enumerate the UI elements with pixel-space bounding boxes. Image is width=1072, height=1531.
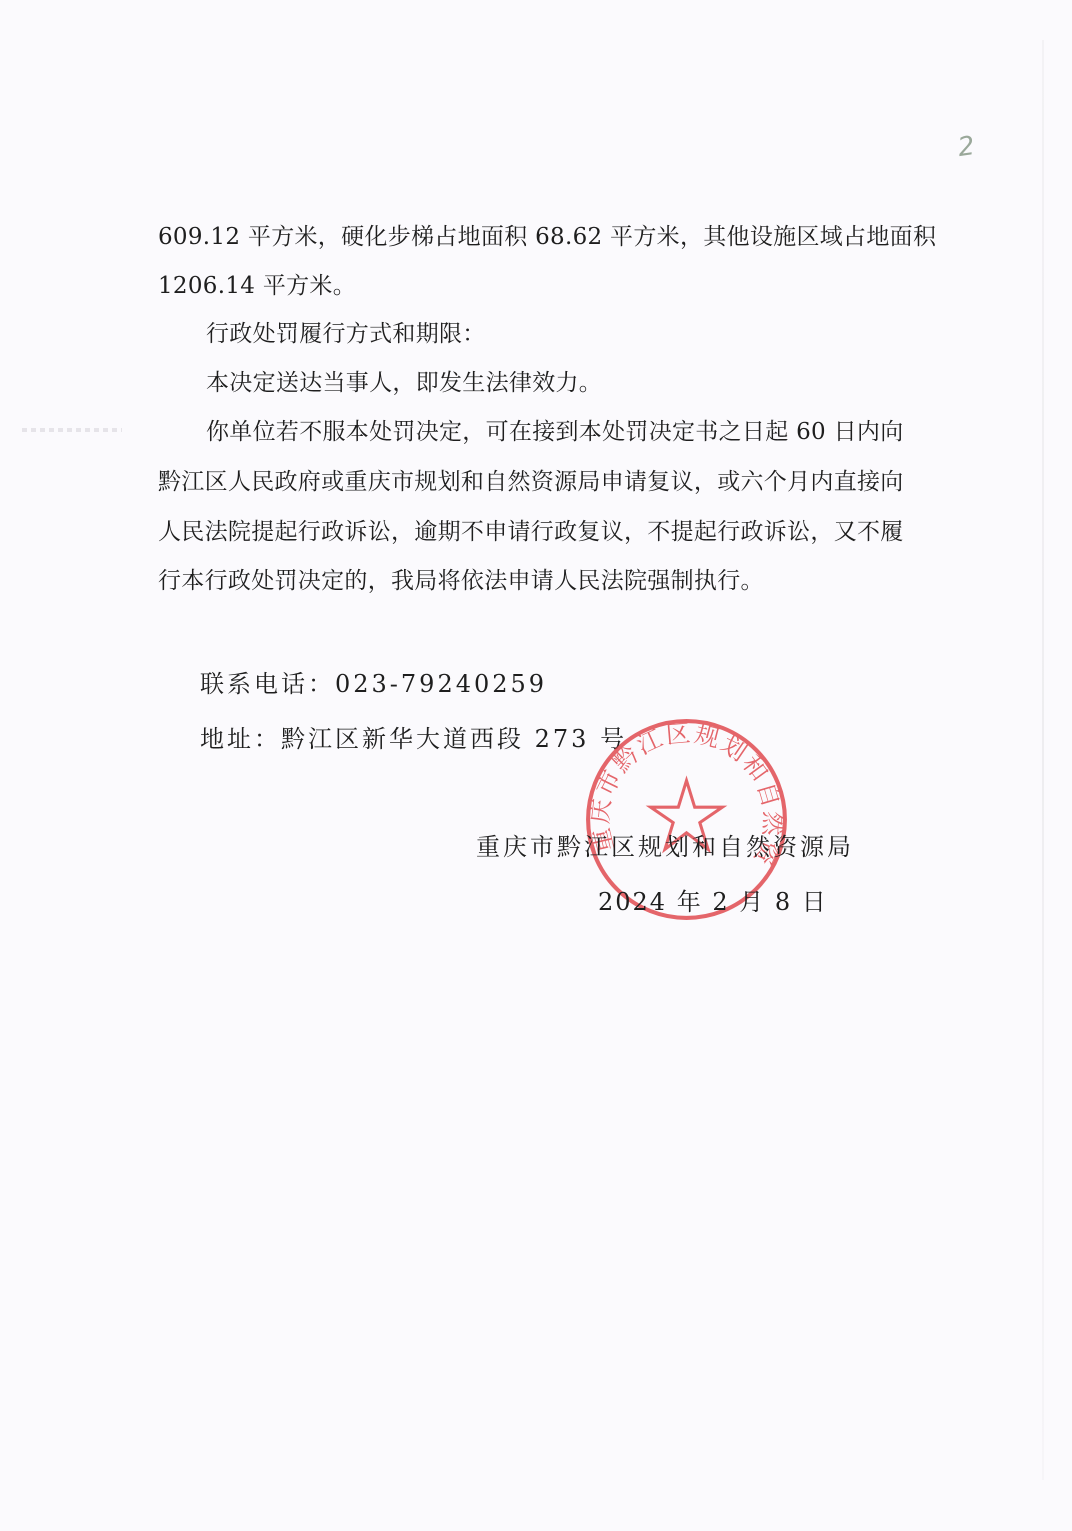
- body-line: 人民法院提起行政诉讼，逾期不申请行政复议，不提起行政诉讼，又不履: [158, 513, 904, 546]
- page-number: 2: [956, 131, 977, 163]
- body-line: 本决定送达当事人，即发生法律效力。: [206, 364, 602, 397]
- section-heading: 行政处罚履行方式和期限：: [206, 315, 486, 348]
- body-line: 1206.14 平方米。: [158, 267, 356, 300]
- page-edge: [1042, 40, 1044, 1480]
- body-line: 黔江区人民政府或重庆市规划和自然资源局申请复议，或六个月内直接向: [158, 463, 904, 496]
- body-line: 行本行政处罚决定的，我局将依法申请人民法院强制执行。: [158, 562, 764, 595]
- contact-phone: 联系电话：023-79240259: [200, 664, 547, 699]
- issue-date: 2024 年 2 月 8 日: [598, 882, 828, 917]
- margin-mark: [22, 428, 122, 432]
- issuer-name: 重庆市黔江区规划和自然资源局: [476, 827, 854, 862]
- body-line: 你单位若不服本处罚决定，可在接到本处罚决定书之日起 60 日内向: [206, 413, 904, 446]
- body-line: 609.12 平方米，硬化步梯占地面积 68.62 平方米，其他设施区域占地面积: [158, 218, 936, 251]
- contact-address: 地址：黔江区新华大道西段 273 号: [200, 719, 627, 754]
